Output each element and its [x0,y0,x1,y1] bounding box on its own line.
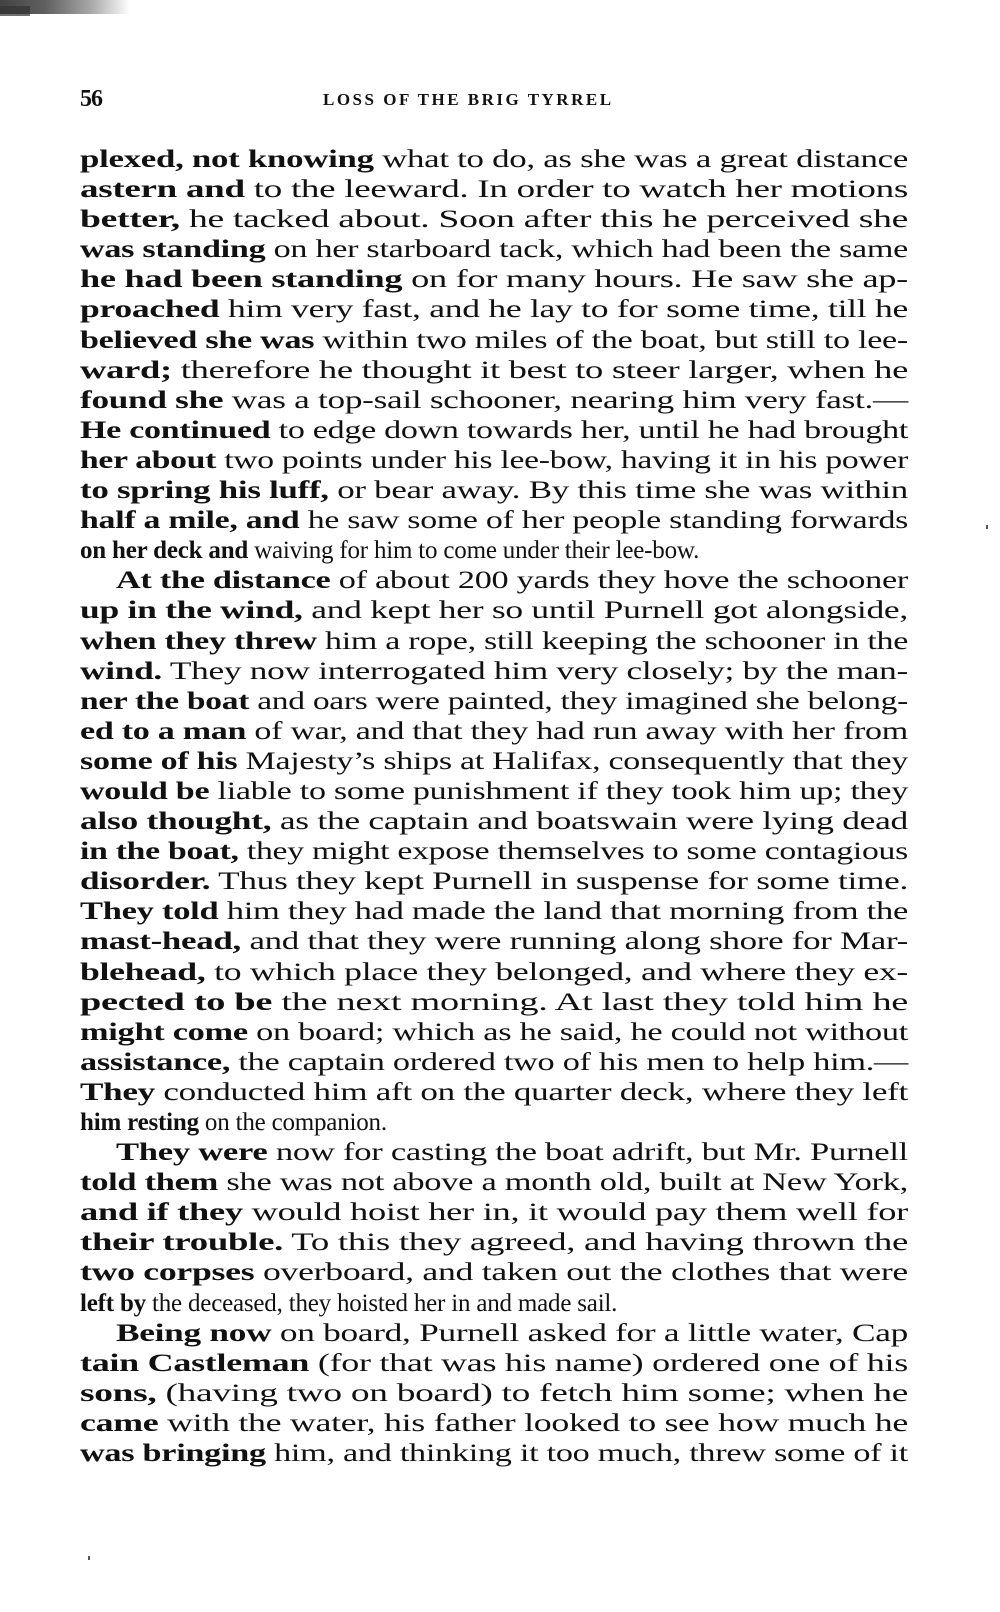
text-line-bold-part: Being now [116,1320,271,1347]
text-line: him resting on the companion. [80,1108,908,1138]
text-line-bold-part: disorder. [80,868,210,895]
text-line-bold-part: sons, [80,1380,156,1407]
text-line-bold-part: They [80,1079,155,1106]
text-line: astern and to the leeward. In order to w… [80,175,908,205]
text-line: pected to be the next morning. At last t… [80,988,908,1018]
text-line-rest: they might expose themselves to some con… [239,838,908,865]
text-line-rest: (having two on board) to fetch him some;… [156,1380,908,1407]
text-line-bold-part: he had been standing [80,266,402,293]
scan-speck [986,525,988,529]
text-line-bold-part: left by [80,1290,146,1317]
text-line-bold-part: wind. [80,658,162,685]
text-line: half a mile, and he saw some of her peop… [80,506,908,536]
text-line-bold-part: plexed, not knowing [80,146,374,173]
text-line-bold-part: astern and [80,176,245,203]
text-line: ner the boat and oars were painted, they… [80,687,908,717]
text-line-rest: now for casting the boat adrift, but Mr.… [268,1139,908,1166]
text-line: ed to a man of war, and that they had ru… [80,717,908,747]
text-line-bold-part: would be [80,778,209,805]
text-line: assistance, the captain ordered two of h… [80,1048,908,1078]
text-line-rest: liable to some punishment if they took h… [209,778,908,805]
text-line-bold-part: ner the boat [80,688,249,715]
text-line-rest: two points under his lee-bow, having it … [216,447,908,474]
text-line-rest: him, and thinking it too much, threw som… [266,1440,908,1467]
text-line-rest: would hoist her in, it would pay them we… [243,1199,908,1226]
text-line-bold-part: He continued [80,417,270,444]
text-line: on her deck and waiving for him to come … [80,536,908,566]
text-line-rest: on board, Purnell asked for a little wat… [271,1320,908,1347]
text-line-bold-part: might come [80,1019,248,1046]
text-line-bold-part: They were [116,1139,268,1166]
text-line-bold-part: believed she was [80,327,314,354]
text-line-bold-part: half a mile, and [80,507,299,534]
text-line: disorder. Thus they kept Purnell in susp… [80,867,908,897]
text-line: They conducted him aft on the quarter de… [80,1078,908,1108]
text-line-rest: she was not above a month old, built at … [218,1169,908,1196]
text-line: blehead, to which place they belonged, a… [80,958,908,988]
text-line-bold-part: some of his [80,748,237,775]
text-line-bold-part: and if they [80,1199,243,1226]
text-line: he had been standing on for many hours. … [80,265,908,295]
text-line-rest: to the leeward. In order to watch her mo… [245,176,908,203]
text-line-rest: on for many hours. He saw she ap- [402,266,908,293]
body-text: plexed, not knowing what to do, as she w… [80,145,908,1469]
text-line-bold-part: to spring his luff, [80,477,329,504]
text-line: believed she was within two miles of the… [80,326,908,356]
text-line-bold-part: blehead, [80,959,205,986]
text-line-rest: the next morning. At last they told him … [272,989,908,1016]
text-line-bold-part: better, [80,206,180,233]
text-line: to spring his luff, or bear away. By thi… [80,476,908,506]
text-line-rest: and oars were painted, they imagined she… [249,688,908,715]
scan-speck [88,1556,90,1560]
text-line-rest: therefore he thought it best to steer la… [172,357,908,384]
page-number: 56 [80,86,102,113]
text-line: her about two points under his lee-bow, … [80,446,908,476]
text-line-rest: on board; which as he said, he could not… [248,1019,908,1046]
text-line-rest: and that they were running along shore f… [241,928,908,955]
text-line-rest: Thus they kept Purnell in suspense for s… [210,868,908,895]
text-line-rest: and kept her so until Purnell got alongs… [303,597,908,624]
text-line-rest: Majesty’s ships at Halifax, consequently… [237,748,908,775]
text-line-rest: They now interrogated him very closely; … [162,658,908,685]
text-line: left by the deceased, they hoisted her i… [80,1289,908,1319]
text-line-bold-part: ed to a man [80,718,246,745]
text-line-rest: he saw some of her people standing forwa… [299,507,908,534]
text-line: plexed, not knowing what to do, as she w… [80,145,908,175]
text-line: up in the wind, and kept her so until Pu… [80,596,908,626]
text-line-bold-part: her about [80,447,216,474]
text-line: mast-head, and that they were running al… [80,927,908,957]
text-line-rest: him a rope, still keeping the schooner i… [317,628,908,655]
text-line-bold-part: mast-head, [80,928,241,955]
text-line-rest: waiving for him to come under their lee-… [248,537,699,564]
text-line-rest: of war, and that they had run away with … [246,718,908,745]
text-line-bold-part: found she [80,387,223,414]
text-line-bold-part: assistance, [80,1049,230,1076]
text-line: also thought, as the captain and boatswa… [80,807,908,837]
text-line-bold-part: two corpses [80,1259,254,1286]
text-line-rest: conducted him aft on the quarter deck, w… [155,1079,908,1106]
text-line-bold-part: him resting [80,1109,199,1136]
text-line: sons, (having two on board) to fetch him… [80,1379,908,1409]
text-line: At the distance of about 200 yards they … [80,566,908,596]
text-line-rest: or bear away. By this time she was withi… [329,477,908,504]
text-line: two corpses overboard, and taken out the… [80,1258,908,1288]
text-line-rest: within two miles of the boat, but still … [314,327,908,354]
text-line: was bringing him, and thinking it too mu… [80,1439,908,1469]
text-line-rest: on her starboard tack, which had been th… [265,236,908,263]
text-line-rest: on the companion. [199,1109,387,1136]
text-line-rest: to which place they belonged, and where … [205,959,908,986]
text-line: was standing on her starboard tack, whic… [80,235,908,265]
text-line-rest: the deceased, they hoisted her in and ma… [146,1290,617,1317]
text-line: their trouble. To this they agreed, and … [80,1228,908,1258]
text-line: He continued to edge down towards her, u… [80,416,908,446]
running-head: 56 LOSS OF THE BRIG TYRREL [80,86,910,116]
text-line-bold-part: up in the wind, [80,597,303,624]
text-line-bold-part: ward; [80,357,172,384]
text-line-rest: overboard, and taken out the clothes tha… [254,1259,908,1286]
text-line: tain Castleman (for that was his name) o… [80,1349,908,1379]
running-title: LOSS OF THE BRIG TYRREL [323,90,614,110]
text-line: would be liable to some punishment if th… [80,777,908,807]
text-line: some of his Majesty’s ships at Halifax, … [80,747,908,777]
text-line-rest: he tacked about. Soon after this he perc… [180,206,908,233]
text-line: They told him they had made the land tha… [80,897,908,927]
text-line-bold-part: At the distance [116,567,330,594]
text-line-bold-part: when they threw [80,628,317,655]
text-line: They were now for casting the boat adrif… [80,1138,908,1168]
text-line: in the boat, they might expose themselve… [80,837,908,867]
text-line-rest: of about 200 yards they hove the schoone… [330,567,908,594]
text-line-rest: to edge down towards her, until he had b… [270,417,908,444]
text-line-bold-part: proached [80,296,219,323]
text-line: better, he tacked about. Soon after this… [80,205,908,235]
text-line-bold-part: pected to be [80,989,272,1016]
text-line-bold-part: in the boat, [80,838,239,865]
text-line: came with the water, his father looked t… [80,1409,908,1439]
text-line-bold-part: on her deck and [80,537,248,564]
text-line-bold-part: was bringing [80,1440,266,1467]
text-line: told them she was not above a month old,… [80,1168,908,1198]
text-line-rest: as the captain and boatswain were lying … [271,808,908,835]
text-line-bold-part: came [80,1410,158,1437]
text-line-rest: with the water, his father looked to see… [158,1410,908,1437]
text-line: Being now on board, Purnell asked for a … [80,1319,908,1349]
text-line-bold-part: tain Castleman [80,1350,309,1377]
text-line: proached him very fast, and he lay to fo… [80,295,908,325]
text-line: might come on board; which as he said, h… [80,1018,908,1048]
text-line-rest: (for that was his name) ordered one of h… [309,1350,908,1377]
text-line: ward; therefore he thought it best to st… [80,356,908,386]
text-line-rest: him they had made the land that morning … [218,898,908,925]
text-line-bold-part: They told [80,898,218,925]
text-line: and if they would hoist her in, it would… [80,1198,908,1228]
text-line: found she was a top-sail schooner, neari… [80,386,908,416]
text-line-bold-part: was standing [80,236,265,263]
text-line-bold-part: also thought, [80,808,271,835]
text-line-rest: him very fast, and he lay to for some ti… [219,296,908,323]
scan-artifact [0,6,30,16]
text-line: wind. They now interrogated him very clo… [80,657,908,687]
text-line-bold-part: their trouble. [80,1229,283,1256]
text-line-bold-part: told them [80,1169,218,1196]
text-line-rest: what to do, as she was a great distance [374,146,908,173]
text-line-rest: To this they agreed, and having thrown t… [283,1229,908,1256]
text-line-rest: was a top-sail schooner, nearing him ver… [223,387,908,414]
text-line: when they threw him a rope, still keepin… [80,627,908,657]
text-line-rest: the captain ordered two of his men to he… [230,1049,908,1076]
